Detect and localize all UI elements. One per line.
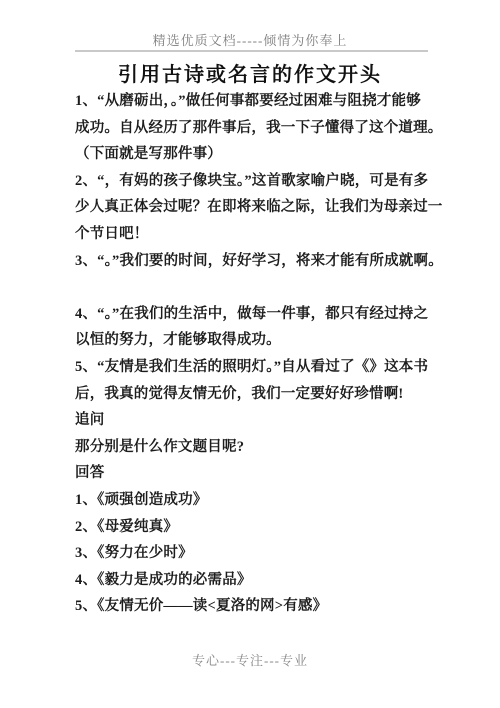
text-line: 成功。自从经历了那件事后，我一下子懂得了这个道理。 xyxy=(75,115,435,142)
text-line: 4、“。”在我们的生活中，做每一件事，都只有经过持之 xyxy=(75,301,435,328)
header-divider xyxy=(75,50,428,52)
text-line: 3、《努力在少时》 xyxy=(75,540,435,567)
text-line: 追问 xyxy=(75,407,435,434)
document-body: 1、“从磨砺出，。”做任何事都要经过困难与阻挠才能够成功。自从经历了那件事后，我… xyxy=(75,88,435,620)
text-line: 个节日吧！ xyxy=(75,221,435,248)
text-line: 3、“。”我们要的时间，好好学习，将来才能有所成就啊。 xyxy=(75,248,435,275)
text-line: 5、《友情无价——读<夏洛的网>有感》 xyxy=(75,593,435,620)
document-page: 精选优质文档-----倾情为你奉上 引用古诗或名言的作文开头 1、“从磨砺出，。… xyxy=(0,0,500,708)
text-line: 少人真正体会过呢？在即将来临之际，让我们为母亲过一 xyxy=(75,194,435,221)
text-line: 那分别是什么作文题目呢? xyxy=(75,434,435,461)
text-line: 1、“从磨砺出，。”做任何事都要经过困难与阻挠才能够 xyxy=(75,88,435,115)
page-title: 引用古诗或名言的作文开头 xyxy=(0,58,500,87)
text-line: 回答 xyxy=(75,460,435,487)
text-line: 后，我真的觉得友情无价，我们一定要好好珍惜啊! xyxy=(75,381,435,408)
header-note: 精选优质文档-----倾情为你奉上 xyxy=(0,30,500,49)
text-line: 4、《毅力是成功的必需品》 xyxy=(75,567,435,594)
text-line: 2、“，有妈的孩子像块宝。”这首歌家喻户晓，可是有多 xyxy=(75,168,435,195)
blank-line xyxy=(75,274,435,301)
text-line: 以恒的努力，才能够取得成功。 xyxy=(75,327,435,354)
text-line: （下面就是写那件事） xyxy=(75,141,435,168)
text-line: 2、《母爱纯真》 xyxy=(75,514,435,541)
text-line: 1、《顽强创造成功》 xyxy=(75,487,435,514)
text-line: 5、“友情是我们生活的照明灯。”自从看过了《》这本书 xyxy=(75,354,435,381)
footer-note: 专心---专注---专业 xyxy=(0,650,500,669)
